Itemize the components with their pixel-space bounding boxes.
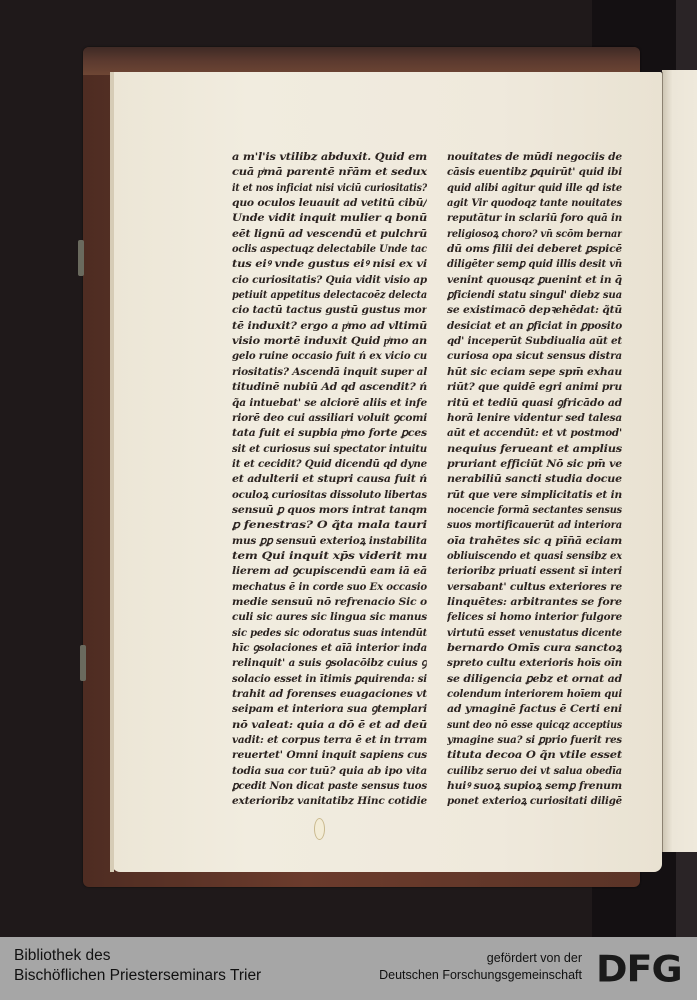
manuscript-line: relinquit' a suis ꝯsolacōibz cuius ꝯ	[232, 656, 427, 671]
manuscript-line: nouitates de mūdi negociis de	[447, 150, 622, 165]
gutter-line	[662, 72, 663, 852]
manuscript-line: eēt lignū ad vescendū et pulchrū	[232, 227, 427, 242]
manuscript-line: todia sua cor tuū? quia ab ipo vita	[232, 764, 427, 779]
manuscript-line: solacio esset in ītimis ꝑquirenda: si	[232, 672, 427, 687]
manuscript-line: visio mortē induxit Quid pͥmo an	[232, 334, 427, 349]
manuscript-line: oīa trahētes sic q pīn̄ā eciam	[447, 534, 622, 549]
manuscript-line: tē induxit? ergo a pͥmo ad vltimū	[232, 319, 427, 334]
manuscript-line: venint quousqz ꝑuenint et in q̄	[447, 273, 622, 288]
manuscript-line: titudinē nubiū Ad qd ascendit? ń	[232, 380, 427, 395]
binding-clasp-lower	[80, 645, 86, 681]
funding-line-2: Deutschen Forschungsgemeinschaft	[379, 967, 582, 984]
manuscript-line: sensuū ꝑ quos mors intrat tanqm	[232, 503, 427, 518]
manuscript-line: oculoꝝ curiositas dissoluto libertas	[232, 488, 427, 503]
manuscript-line: ꝑ fenestras? O q̃ta mala tauri	[232, 518, 427, 533]
manuscript-line: horā lenire videntur sed talesa	[447, 411, 622, 426]
manuscript-line: cuilibz seruo dei vt salua obedīa	[447, 764, 622, 779]
manuscript-line: se existimacō depꝛehēdat: q̃tū	[447, 303, 622, 318]
manuscript-line: nequius ferueant et amplius	[447, 442, 622, 457]
manuscript-line: oclis aspectuqz delectabile Unde tac	[232, 242, 427, 257]
manuscript-line: lierem ad ꝯcupiscendū eam iā eā	[232, 564, 427, 579]
manuscript-line: tituta decoa O q̃n vtile esset	[447, 748, 622, 763]
manuscript-line: ad ymaginē factus ē Certi eni	[447, 702, 622, 717]
manuscript-line: bernardo Omīs cura sanctoꝝ	[447, 641, 622, 656]
parchment-hole	[314, 818, 325, 840]
manuscript-line: nō valeat: quia a dō ē et ad deū	[232, 718, 427, 733]
manuscript-line: sunt deo nō esse quicqz acceptius	[447, 718, 622, 733]
manuscript-line: sic pedes sic odoratus suas intendūt	[232, 626, 427, 641]
manuscript-line: it et nos inficiat nisi viciū curiositat…	[232, 181, 427, 196]
manuscript-line: reputātur in sclariū foro quā in	[447, 211, 622, 226]
manuscript-line: tem Qui inquit xp̄s viderit mu	[232, 549, 427, 564]
manuscript-line: ꝑficiendi statu singul' diebz sua	[447, 288, 622, 303]
manuscript-line: culi sic aures sic lingua sic manus	[232, 610, 427, 625]
manuscript-line: nerabiliū sancti studia docue	[447, 472, 622, 487]
manuscript-line: huiꝰ suoꝝ supioꝝ semꝑ frenum	[447, 779, 622, 794]
manuscript-line: ꝑcedit Non dicat paste sensus tuos	[232, 779, 427, 794]
manuscript-line: se diligencia ꝑebz et ornat ad	[447, 672, 622, 687]
manuscript-line: q̃a intuebat' se alciorē aliis et infe	[232, 396, 427, 411]
manuscript-line: sit et curiosus sui spectator intuitu	[232, 442, 427, 457]
library-line-1: Bibliothek des	[14, 946, 261, 966]
manuscript-line: ymagine sua? si ꝑprio fuerit res	[447, 733, 622, 748]
manuscript-line: quid alibi agitur quid ille qd iste	[447, 181, 622, 196]
binding-clasp-upper	[78, 240, 84, 276]
manuscript-line: Unde vidit inquit mulier q bonū	[232, 211, 427, 226]
manuscript-line: dū oms filii dei deberet ꝑspicē	[447, 242, 622, 257]
manuscript-line: terioribz priuati essent sī interi	[447, 564, 622, 579]
manuscript-line: versabant' cultus exteriores re	[447, 580, 622, 595]
manuscript-line: obliuiscendo et quasi sensibz ex	[447, 549, 622, 564]
library-line-2: Bischöflichen Priesterseminars Trier	[14, 966, 261, 986]
manuscript-line: ritū et tediū quasi ꝯfricādo ad	[447, 396, 622, 411]
manuscript-line: mus ꝑꝑ sensuū exterioꝝ instabilita	[232, 534, 427, 549]
manuscript-line: diligēter semꝑ quid illis desit vn̄	[447, 257, 622, 272]
manuscript-line: seipam et interiora sua ꝯtemplari	[232, 702, 427, 717]
manuscript-line: riositatis? Ascendā inquit super al	[232, 365, 427, 380]
page-edge	[110, 72, 114, 872]
funding-credit: gefördert von der Deutschen Forschungsge…	[379, 950, 582, 983]
manuscript-line: aūt et accendūt: et vt postmod'	[447, 426, 622, 441]
manuscript-line: religiosoꝝ choro? vn̄ scōm bernar	[447, 227, 622, 242]
manuscript-line: tus eiꝰ vnde gustus eiꝰ nisi ex vi	[232, 257, 427, 272]
manuscript-line: it et cecidit? Quid dicendū qd dyne	[232, 457, 427, 472]
manuscript-line: mechatus ē in corde suo Ex occasio	[232, 580, 427, 595]
footer-banner: Bibliothek des Bischöflichen Priestersem…	[0, 937, 697, 1000]
facing-page-edge	[662, 70, 697, 852]
manuscript-line: cio curiositatis? Quia vidit visio ap	[232, 273, 427, 288]
text-column-right: nouitates de mūdi negociis decāsis euent…	[447, 150, 627, 810]
dfg-logo: DFG	[596, 950, 691, 988]
manuscript-line: linquētes: arbitrantes se fore	[447, 595, 622, 610]
manuscript-line: agit Vir quodoqz tante nouitates	[447, 196, 622, 211]
manuscript-line: felices si homo interior fulgore	[447, 610, 622, 625]
text-column-left: a m'l'is vtilibz abduxit. Quid emcuā pͥm…	[232, 150, 432, 810]
manuscript-line: vadit: et corpus terra ē et in trram	[232, 733, 427, 748]
manuscript-line: riūt? que quidē egri animi pru	[447, 380, 622, 395]
manuscript-line: qd' inceperūt Subdiualia aūt et	[447, 334, 622, 349]
manuscript-line: cāsis euentibz ꝑquirūt' quid ibi	[447, 165, 622, 180]
manuscript-line: petiuit appetitus delectacoēz delecta	[232, 288, 427, 303]
manuscript-line: quo oculos leuauit ad vetitū cibū/	[232, 196, 427, 211]
manuscript-line: suos mortificauerūt ad interiora	[447, 518, 622, 533]
manuscript-line: rūt que vere simplicitatis et in	[447, 488, 622, 503]
manuscript-line: spreto cultu exterioris hoīs oīn	[447, 656, 622, 671]
manuscript-line: colendum interiorem hoīem qui	[447, 687, 622, 702]
manuscript-line: ponet exterioꝝ curiositati diligē	[447, 794, 622, 809]
manuscript-line: hīc ꝯsolaciones et aīā interior inda	[232, 641, 427, 656]
manuscript-line: cuā pͥmā parentē nr̄ām et sedux	[232, 165, 427, 180]
funding-line-1: gefördert von der	[379, 950, 582, 967]
manuscript-line: cio tactū tactus gustū gustus mor	[232, 303, 427, 318]
manuscript-line: medie sensuū nō refrenacio Sic o	[232, 595, 427, 610]
manuscript-line: trahit ad forenses euagaciones vt	[232, 687, 427, 702]
manuscript-line: desiciat et an ꝑficiat in ꝑposito	[447, 319, 622, 334]
manuscript-line: nocencie formā sectantes sensus	[447, 503, 622, 518]
manuscript-line: virtutū esset venustatus dicente	[447, 626, 622, 641]
manuscript-line: et adulterii et stupri causa fuit ń	[232, 472, 427, 487]
manuscript-line: hūt sic eciam sepe spm̄ exhau	[447, 365, 622, 380]
manuscript-line: exterioribz vanitatibz Hinc cotidie	[232, 794, 427, 809]
library-credit: Bibliothek des Bischöflichen Priestersem…	[14, 946, 261, 986]
manuscript-viewer[interactable]: a m'l'is vtilibz abduxit. Quid emcuā pͥm…	[0, 0, 697, 937]
manuscript-line: pruriant efficiūt Nō sic pm̄ ve	[447, 457, 622, 472]
manuscript-line: a m'l'is vtilibz abduxit. Quid em	[232, 150, 427, 165]
book-cover-top-edge	[83, 47, 640, 75]
manuscript-line: tata fuit ei supbia pͥmo forte ꝑces	[232, 426, 427, 441]
manuscript-line: reuertet' Omni inquit sapiens cus	[232, 748, 427, 763]
manuscript-line: curiosa opa sicut sensus distra	[447, 349, 622, 364]
manuscript-line: gelo ruine occasio fuit ń ex vicio cu	[232, 349, 427, 364]
manuscript-line: riorē deo cui assiliari voluit ꝯcomi	[232, 411, 427, 426]
